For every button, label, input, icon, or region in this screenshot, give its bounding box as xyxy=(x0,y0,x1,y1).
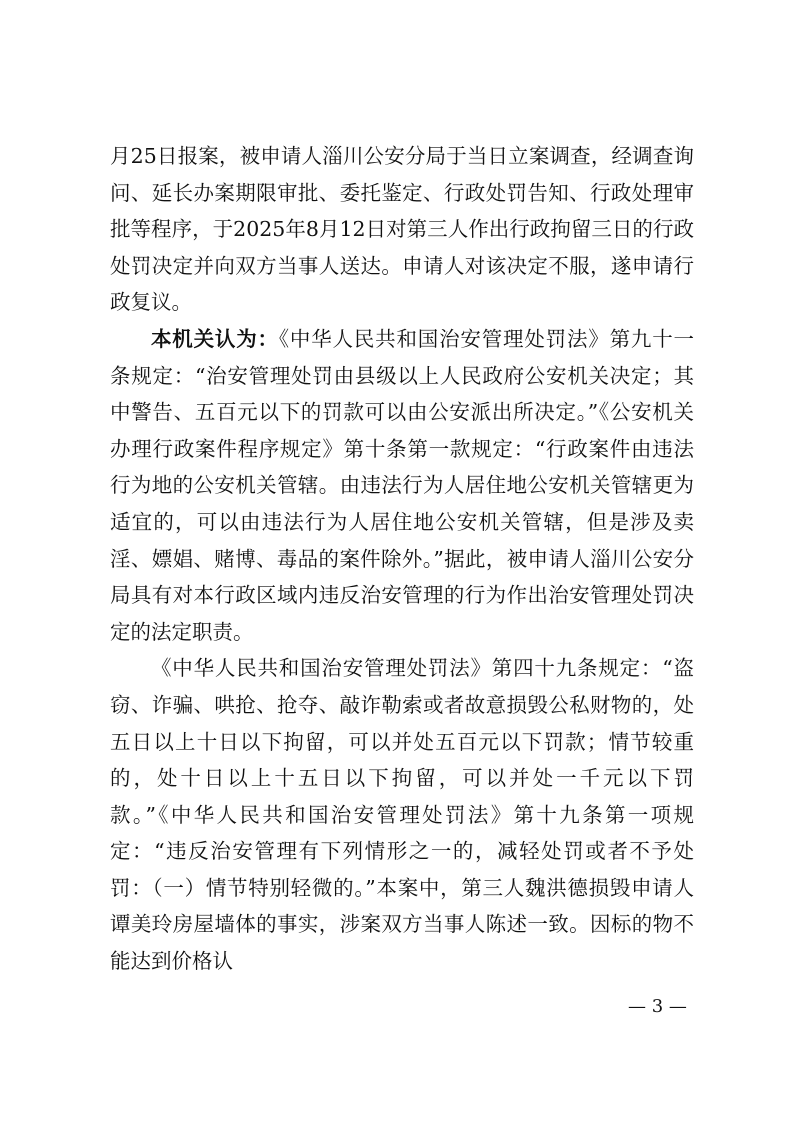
document-body: 月25日报案，被申请人淄川公安分局于当日立案调查，经调查询问、延长办案期限审批、… xyxy=(110,138,694,980)
paragraph-text: 《中华人民共和国治安管理处罚法》第四十九条规定：“盗窃、诈骗、哄抢、抢夺、敲诈勒… xyxy=(110,656,694,973)
paragraph-text: 月25日报案，被申请人淄川公安分局于当日立案调查，经调查询问、延长办案期限审批、… xyxy=(110,144,694,314)
paragraph-text: 《中华人民共和国治安管理处罚法》第九十一条规定：“治安管理处罚由县级以上人民政府… xyxy=(110,327,694,644)
paragraph-authority: 本机关认为：《中华人民共和国治安管理处罚法》第九十一条规定：“治安管理处罚由县级… xyxy=(110,321,694,650)
document-page: 月25日报案，被申请人淄川公安分局于当日立案调查，经调查询问、延长办案期限审批、… xyxy=(0,0,794,1123)
paragraph-legal-basis: 《中华人民共和国治安管理处罚法》第四十九条规定：“盗窃、诈骗、哄抢、抢夺、敲诈勒… xyxy=(110,650,694,979)
page-number: — 3 — xyxy=(628,996,687,1017)
paragraph-lead-heading: 本机关认为： xyxy=(151,327,279,351)
paragraph-procedure: 月25日报案，被申请人淄川公安分局于当日立案调查，经调查询问、延长办案期限审批、… xyxy=(110,138,694,321)
